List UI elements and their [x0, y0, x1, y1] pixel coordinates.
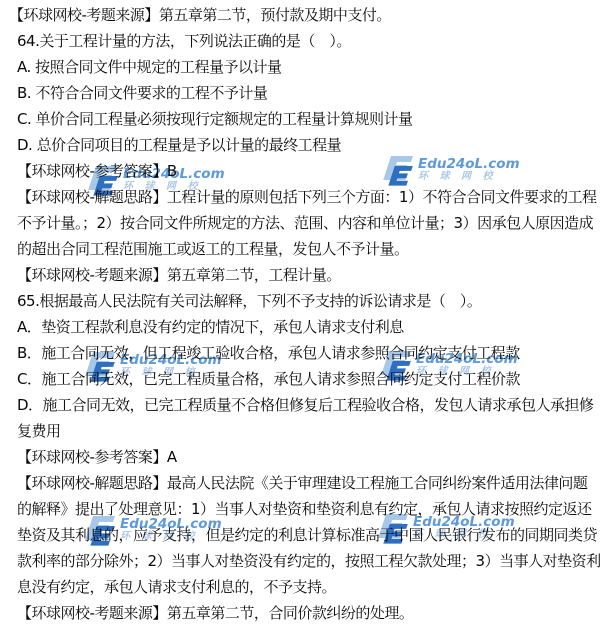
text-line: D．施工合同无效，已完工程质量不合格但修复后工程验收合格，发包人请求承包人承担修: [0, 392, 600, 418]
text-line: 的超出合同工程范围施工或返工的工程量，发包人不予计量。: [0, 236, 600, 262]
text-line: A. 按照合同文件中规定的工程量予以计量: [0, 54, 600, 80]
text-line: 64.关于工程计量的方法，下列说法正确的是（ ）。: [0, 28, 600, 54]
text-line: 【环球网校-解题思路】工程计量的原则包括下列三个方面：1）不符合合同文件要求的工…: [0, 184, 600, 210]
text-line: 【环球网校-考题来源】第五章第二节，工程计量。: [0, 262, 600, 288]
text-line: B．施工合同无效，但工程竣工验收合格，承包人请求参照合同约定支付工程款: [0, 340, 600, 366]
text-line: C. 单价合同工程量必须按现行定额规定的工程量计算规则计量: [0, 106, 600, 132]
text-line: 【环球网校-考题来源】第五章第二节，合同价款纠纷的处理。: [0, 600, 600, 626]
text-line: C．施工合同无效，已完工程质量合格，承包人请求参照合同约定支付工程价款: [0, 366, 600, 392]
text-line: D. 总价合同项目的工程量是予以计量的最终工程量: [0, 132, 600, 158]
text-line: B. 不符合合同文件要求的工程不予计量: [0, 80, 600, 106]
text-line: 【环球网校-解题思路】最高人民法院《关于审理建设工程施工合同纠纷案件适用法律问题: [0, 470, 600, 496]
document-page: { "document": { "lines": [ {"type":"sour…: [0, 0, 600, 627]
text-line: 的解释》提出了处理意见：1）当事人对垫资和垫资利息有约定，承包人请求按照约定返还: [0, 496, 600, 522]
text-line: 【环球网校-考题来源】第五章第二节，预付款及期中支付。: [0, 2, 600, 28]
text-line: 【环球网校-参考答案】B: [0, 158, 600, 184]
text-line: 复费用: [0, 418, 600, 444]
text-line: A．垫资工程款利息没有约定的情况下，承包人请求支付利息: [0, 314, 600, 340]
text-line: 息没有约定，承包人请求支付利息的，不予支持。: [0, 574, 600, 600]
document-text: 【环球网校-考题来源】第五章第二节，预付款及期中支付。64.关于工程计量的方法，…: [0, 0, 600, 626]
text-line: 【环球网校-参考答案】A: [0, 444, 600, 470]
text-line: 款利率的部分除外；2）当事人对垫资没有约定的，按照工程欠款处理；3）当事人对垫资…: [0, 548, 600, 574]
text-line: 垫资及其利息的，应予支持，但是约定的利息计算标准高于中国人民银行发布的同期同类贷: [0, 522, 600, 548]
text-line: 65.根据最高人民法院有关司法解释，下列不予支持的诉讼请求是（ ）。: [0, 288, 600, 314]
text-line: 不予计量。；2）按合同文件所规定的方法、范围、内容和单位计量；3）因承包人原因造…: [0, 210, 600, 236]
